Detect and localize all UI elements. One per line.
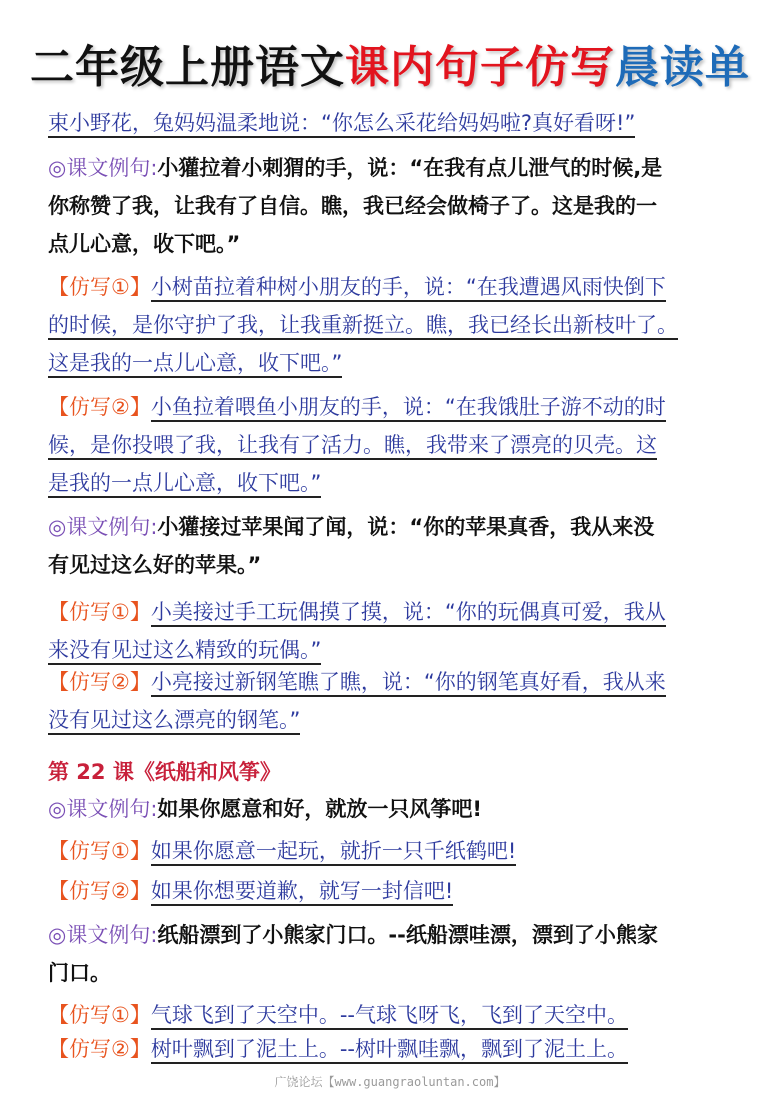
mimic-label: 【仿写②】 [48, 670, 151, 694]
mimic-label: 【仿写①】 [48, 275, 151, 299]
page-title: 二年级上册语文课内句子仿写晨读单 [0, 38, 780, 98]
mimic-label: 【仿写②】 [48, 1037, 151, 1061]
example-sentence-2: ◎课文例句:小獾接过苹果闻了闻，说：“你的苹果真香，我从来没 有见过这么好的苹果… [48, 508, 738, 584]
example-label: ◎课文例句: [48, 923, 157, 947]
title-part-grade: 二年级上册语文 [30, 42, 345, 93]
mimic-label: 【仿写①】 [48, 600, 151, 624]
watermark: 广饶论坛【www.guangraoluntan.com】 [0, 1073, 780, 1090]
example-label: ◎课文例句: [48, 515, 157, 539]
mimic-label: 【仿写②】 [48, 395, 151, 419]
mimic-2-1: 【仿写①】小美接过手工玩偶摸了摸，说：“你的玩偶真可爱，我从 来没有见过这么精致… [48, 593, 738, 669]
lesson22-mimic-2-1: 【仿写①】气球飞到了天空中。--气球飞呀飞，飞到了天空中。 [48, 996, 738, 1034]
lesson22-example-2: ◎课文例句:纸船漂到了小熊家门口。--纸船漂哇漂，漂到了小熊家 门口。 [48, 916, 738, 992]
mimic-label: 【仿写①】 [48, 839, 151, 863]
example-label: ◎课文例句: [48, 797, 157, 821]
lesson22-example-1: ◎课文例句:如果你愿意和好，就放一只风筝吧! [48, 790, 738, 828]
lesson-22-title: 第 22 课《纸船和风筝》 [48, 760, 281, 784]
title-part-topic: 课内句子仿写 [345, 42, 615, 93]
carryover-text: 束小野花，兔妈妈温柔地说：“你怎么采花给妈妈啦?真好看呀!” [48, 104, 738, 142]
lesson22-mimic-1-2: 【仿写②】如果你想要道歉，就写一封信吧! [48, 872, 738, 910]
carryover-line: 束小野花，兔妈妈温柔地说：“你怎么采花给妈妈啦?真好看呀!” [48, 111, 635, 138]
mimic-1-2: 【仿写②】小鱼拉着喂鱼小朋友的手，说：“在我饿肚子游不动的时 候，是你投喂了我，… [48, 388, 738, 502]
title-part-sheet: 晨读单 [615, 42, 750, 93]
lesson22-mimic-1-1: 【仿写①】如果你愿意一起玩，就折一只千纸鹤吧! [48, 832, 738, 870]
example-label: ◎课文例句: [48, 156, 157, 180]
mimic-1-1: 【仿写①】小树苗拉着种树小朋友的手，说：“在我遭遇风雨快倒下 的时候，是你守护了… [48, 268, 738, 382]
mimic-label: 【仿写①】 [48, 1003, 151, 1027]
lesson-heading: 第 22 课《纸船和风筝》 [48, 753, 738, 791]
example-sentence-1: ◎课文例句:小獾拉着小刺猬的手，说：“在我有点儿泄气的时候,是 你称赞了我，让我… [48, 149, 738, 263]
lesson22-mimic-2-2: 【仿写②】树叶飘到了泥土上。--树叶飘哇飘，飘到了泥土上。 [48, 1030, 738, 1068]
mimic-2-2: 【仿写②】小亮接过新钢笔瞧了瞧，说：“你的钢笔真好看，我从来 没有见过这么漂亮的… [48, 663, 738, 739]
mimic-label: 【仿写②】 [48, 879, 151, 903]
